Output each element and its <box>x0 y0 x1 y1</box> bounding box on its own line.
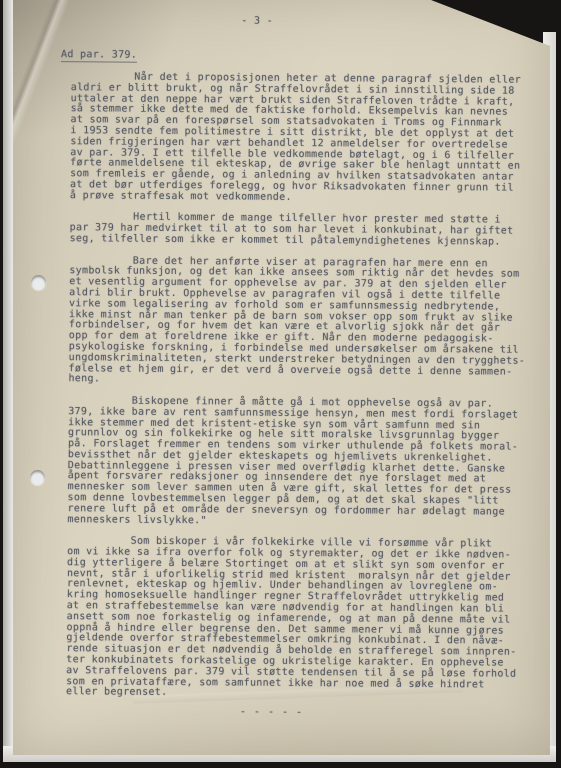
paragraph: Når det i proposisjonen heter at denne p… <box>70 72 553 205</box>
section-heading: Ad par. 379. <box>61 49 137 63</box>
page-number: - 3 - <box>241 16 273 27</box>
paragraph: Som biskoper i vår folkekirke ville vi f… <box>66 536 549 702</box>
document-page: - 3 - Ad par. 379. Når det i proposisjon… <box>13 0 550 755</box>
paragraph: Biskopene finner å måtte gå i mot opphev… <box>67 396 550 529</box>
footer-separator: - - - - - <box>240 707 303 718</box>
scanner-background: - 3 - Ad par. 379. Når det i proposisjon… <box>0 0 561 768</box>
paragraph: Hertil kommer de mange tilfeller hvor pr… <box>70 213 552 249</box>
paragraph: Bare det her anførte viser at paragrafen… <box>68 256 551 389</box>
typewritten-content: - 3 - Ad par. 379. Når det i proposisjon… <box>8 0 551 757</box>
paragraphs: Når det i proposisjonen heter at denne p… <box>66 72 553 702</box>
